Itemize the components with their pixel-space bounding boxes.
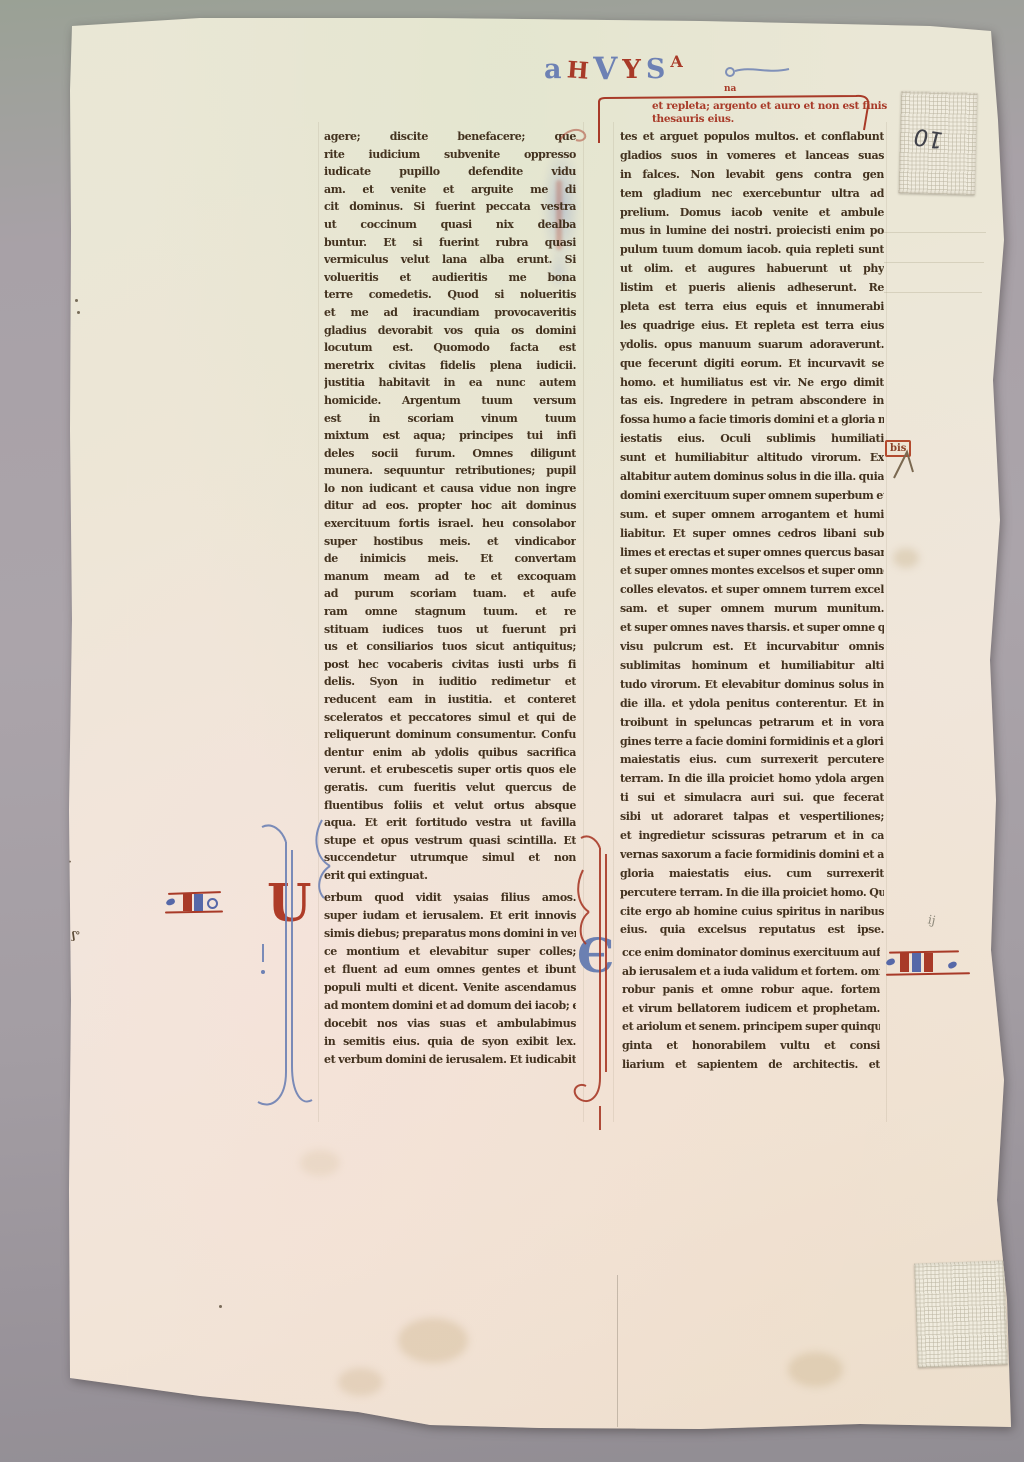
text-line: delis. Syon in iuditio redimetur et: [324, 676, 576, 694]
left-column-chapter2-text: erbum quod vidit ysaias filius amos.supe…: [324, 892, 576, 1072]
text-line: reliquerunt dominum consumentur. Confu: [324, 729, 576, 747]
text-line: de inimicis meis. Et convertam: [324, 553, 576, 571]
text-line: ad montem domini et ad domum dei iacob; …: [324, 1000, 576, 1018]
numeral-bar: [912, 953, 921, 972]
text-line: et ingredietur scissuras petrarum et in …: [620, 830, 884, 849]
text-line: manum meam ad te et excoquam: [324, 571, 576, 589]
text-line: et super omnes naves tharsis. et super o…: [620, 622, 884, 641]
fold-crease: [617, 1275, 618, 1427]
text-line: gladius devorabit vos quia os domini: [324, 325, 576, 343]
ink-speck: [219, 1305, 222, 1308]
text-line: ditur ad eos. propter hoc ait dominus: [324, 500, 576, 518]
text-line: aqua. Et erit fortitudo vestra ut favill…: [324, 817, 576, 835]
text-line: les quadrige eius. Et repleta est terra …: [620, 320, 884, 339]
text-line: ut olim. et augures habuerunt ut phy: [620, 263, 884, 282]
text-line: eius. quia excelsus reputatus est ipse.: [620, 924, 884, 943]
text-line: mus in lumine dei nostri. proiecisti eni…: [620, 225, 884, 244]
text-line: limes et erectas et super omnes quercus …: [620, 547, 884, 566]
text-line: vermiculus velut lana alba erunt. Si: [324, 254, 576, 272]
text-line: gloria maiestatis eius. cum surrexerit: [620, 868, 884, 887]
text-line: in falces. Non levabit gens contra gen: [620, 169, 884, 188]
stain: [398, 1318, 468, 1363]
numeral-bar: [900, 953, 909, 972]
text-line: cce enim dominator dominus exercituum au…: [622, 947, 880, 966]
chapter3-initial-E: Є: [577, 933, 614, 980]
text-line: terre comedetis. Quod si nolueritis: [324, 289, 576, 307]
right-column-chapter3-text: cce enim dominator dominus exercituum au…: [622, 947, 880, 1077]
running-title-letter: A: [670, 54, 682, 70]
ruling-line-horizontal: [884, 262, 984, 263]
text-line: sum. et super omnem arrogantem et humi: [620, 509, 884, 528]
stain: [788, 1352, 843, 1387]
text-line: maiestatis eius. cum surrexerit percuter…: [620, 754, 884, 773]
text-line: post hec vocaberis civitas iusti urbs fi: [324, 659, 576, 677]
chapter2-initial-V: U: [267, 879, 311, 930]
text-line: prelium. Domus iacob venite et ambule: [620, 207, 884, 226]
gloss-line: thesauris eius.: [652, 113, 878, 126]
text-line: cit dominus. Si fuerint peccata vestra: [324, 201, 576, 219]
margin-ink-mark: ɔ·: [62, 858, 72, 868]
text-line: et verbum domini de ierusalem. Et iudica…: [324, 1054, 576, 1072]
text-line: die illa. et ydola penitus conterentur. …: [620, 698, 884, 717]
text-line: domini exercituum super omnem superbum e…: [620, 490, 884, 509]
text-line: buntur. Et si fuerint rubra quasi: [324, 237, 576, 255]
text-line: erit qui extinguat.: [324, 870, 576, 888]
text-line: percutere terram. In die illa proiciet h…: [620, 887, 884, 906]
text-line: et fluent ad eum omnes gentes et ibunt: [324, 964, 576, 982]
text-line: mixtum est aqua; principes tui infi: [324, 430, 576, 448]
text-line: justitia habitavit in ea nunc autem: [324, 377, 576, 395]
text-line: liarium et sapientem de architectis. et: [622, 1059, 880, 1078]
text-line: exercituum fortis israel. heu consolabor: [324, 518, 576, 536]
text-line: tas eis. Ingredere in petram abscondere …: [620, 395, 884, 414]
ruling-line-vertical: [318, 122, 319, 1122]
stain: [338, 1368, 383, 1396]
text-line: ce montium et elevabitur super colles;: [324, 946, 576, 964]
text-line: est in scoriam vinum tuum: [324, 413, 576, 431]
text-line: super hostibus meis. et vindicabor: [324, 536, 576, 554]
chapter-numeral-iii: [884, 946, 978, 980]
text-line: pleta est terra eius equis et innumerabi: [620, 301, 884, 320]
text-line: ti sui et simulacra auri sui. que fecera…: [620, 792, 884, 811]
text-line: tem gladium nec exercebuntur ultra ad: [620, 188, 884, 207]
text-line: simis diebus; preparatus mons domini in …: [324, 928, 576, 946]
manuscript-leaf: aHVYSA et repleta; argento et auro et no…: [0, 0, 1024, 1462]
flourish-ring: [207, 898, 218, 909]
text-line: colles elevatos. et super omnem turrem e…: [620, 584, 884, 603]
text-line: populi multi et dicent. Venite ascendamu…: [324, 982, 576, 1000]
text-line: liabitur. Et super omnes cedros libani s…: [620, 528, 884, 547]
stain: [300, 1150, 340, 1176]
running-title-letter: H: [566, 58, 589, 82]
left-column-text: agere; discite benefacere; querite iudic…: [324, 131, 576, 888]
numeral-rule: [886, 972, 970, 975]
text-line: et me ad iracundiam provocaveritis: [324, 307, 576, 325]
text-line: tudo virorum. Et elevabitur dominus solu…: [620, 679, 884, 698]
text-line: am. et venite et arguite me di: [324, 184, 576, 202]
numeral-bar: [183, 894, 192, 911]
gloss-interlinear: na: [724, 85, 736, 94]
text-line: terram. In die illa proiciet homo ydola …: [620, 773, 884, 792]
running-title-letter: a: [544, 56, 562, 83]
photograph-of-manuscript-leaf: aHVYSA et repleta; argento et auro et no…: [0, 0, 1024, 1462]
running-title-letter: Y: [622, 57, 641, 83]
running-title-ysa: aHVYSA: [544, 54, 683, 85]
text-line: ginta et honorabilem vultu et consi: [622, 1040, 880, 1059]
text-line: erbum quod vidit ysaias filius amos.: [324, 892, 576, 910]
margin-note-bis: bis: [885, 440, 911, 457]
text-line: gines terre a facie domini formidinis et…: [620, 736, 884, 755]
leaf-shadow-wrapper: aHVYSA et repleta; argento et auro et no…: [0, 0, 1024, 1462]
text-line: sublimitas hominum et humiliabitur alti: [620, 660, 884, 679]
margin-ink-mark: ʃ°: [72, 932, 80, 942]
text-line: succendetur utrumque simul et non: [324, 852, 576, 870]
flourish-teardrop: [885, 958, 895, 966]
pencil-note: ij: [927, 913, 937, 926]
text-line: homicide. Argentum tuum versum: [324, 395, 576, 413]
text-line: listim et pueris alienis adheserunt. Re: [620, 282, 884, 301]
right-column-text: tes et arguet populos multos. et conflab…: [620, 131, 884, 943]
marginal-gloss: et repleta; argento et auro et non est f…: [652, 100, 878, 126]
text-line: rite iudicium subvenite oppresso: [324, 149, 576, 167]
text-line: pulum tuum domum iacob. quia repleti sun…: [620, 244, 884, 263]
running-title-letter: S: [646, 56, 666, 83]
text-line: reducent eam in iustitia. et conteret: [324, 694, 576, 712]
text-line: sam. et super omnem murum munitum.: [620, 603, 884, 622]
text-line: troibunt in speluncas petrarum et in vor…: [620, 717, 884, 736]
chapter-numeral-ii: [163, 886, 225, 916]
text-line: tes et arguet populos multos. et conflab…: [620, 131, 884, 150]
text-line: sunt et humiliabitur altitudo virorum. E…: [620, 452, 884, 471]
text-line: docebit nos vias suas et ambulabimus: [324, 1018, 576, 1036]
text-line: et ariolum et senem. principem super qui…: [622, 1021, 880, 1040]
text-line: vernas saxorum a facie formidinis domini…: [620, 849, 884, 868]
folio-number: 10: [911, 124, 946, 151]
text-line: agere; discite benefacere; que: [324, 131, 576, 149]
text-line: altabitur autem dominus solus in die ill…: [620, 471, 884, 490]
fabric-tape-folio-label: 10: [899, 91, 978, 195]
fabric-tape-patch: [914, 1260, 1008, 1367]
gloss-line: et repleta; argento et auro et non est f…: [652, 100, 878, 113]
text-line: fossa humo a facie timoris domini et a g…: [620, 414, 884, 433]
ink-speck: [75, 299, 78, 302]
numeral-bar: [924, 953, 933, 972]
flourish-teardrop: [165, 898, 175, 906]
text-line: cite ergo ab homine cuius spiritus in na…: [620, 906, 884, 925]
text-line: verunt. et erubescetis super ortis quos …: [324, 764, 576, 782]
ink-speck: [77, 311, 80, 314]
text-line: visu pulcrum est. Et incurvabitur omnis: [620, 641, 884, 660]
text-line: locutum est. Quomodo facta est: [324, 342, 576, 360]
text-line: super iudam et ierusalem. Et erit innovi…: [324, 910, 576, 928]
numeral-bar: [194, 894, 203, 911]
text-line: sceleratos et peccatores simul et qui de: [324, 712, 576, 730]
text-line: munera. sequuntur retributiones; pupil: [324, 465, 576, 483]
text-line: fluentibus foliis et velut ortus absque: [324, 800, 576, 818]
text-line: in semitis eius. quia de syon exibit lex…: [324, 1036, 576, 1054]
text-line: gladios suos in vomeres et lanceas suas: [620, 150, 884, 169]
ruling-line-horizontal: [884, 232, 986, 233]
text-line: volueritis et audieritis me bona: [324, 272, 576, 290]
text-line: ad purum scoriam tuam. et aufe: [324, 588, 576, 606]
text-line: geratis. cum fueritis velut quercus de: [324, 782, 576, 800]
text-line: robur panis et omne robur aque. fortem: [622, 984, 880, 1003]
text-line: homo. et humiliatus est vir. Ne ergo dim…: [620, 377, 884, 396]
text-line: iudicate pupillo defendite vidu: [324, 166, 576, 184]
text-line: et super omnes montes excelsos et super …: [620, 565, 884, 584]
text-line: sibi ut adoraret talpas et vespertilione…: [620, 811, 884, 830]
text-line: lo non iudicant et causa vidue non ingre: [324, 483, 576, 501]
text-line: que fecerunt digiti eorum. Et incurvavit…: [620, 358, 884, 377]
flourish-teardrop: [947, 961, 958, 970]
text-line: et virum bellatorem iudicem et prophetam…: [622, 1003, 880, 1022]
text-line: meretrix civitas fidelis plena iudicii.: [324, 360, 576, 378]
text-line: deles socii furum. Omnes diligunt: [324, 448, 576, 466]
ruling-line-horizontal: [884, 292, 982, 293]
text-line: ram omne stagnum tuum. et re: [324, 606, 576, 624]
text-line: dentur enim ab ydolis quibus sacrifica: [324, 747, 576, 765]
stain: [893, 548, 919, 568]
text-line: stupe et opus vestrum quasi scintilla. E…: [324, 835, 576, 853]
text-line: ab ierusalem et a iuda validum et fortem…: [622, 966, 880, 985]
text-line: iestatis eius. Oculi sublimis humiliati: [620, 433, 884, 452]
text-line: ydolis. opus manuum suarum adoraverunt.: [620, 339, 884, 358]
text-line: ut coccinum quasi nix dealba: [324, 219, 576, 237]
text-line: stituam iudices tuos ut fuerunt pri: [324, 624, 576, 642]
running-title-letter: V: [593, 54, 617, 85]
text-line: us et consiliarios tuos sicut antiquitus…: [324, 641, 576, 659]
